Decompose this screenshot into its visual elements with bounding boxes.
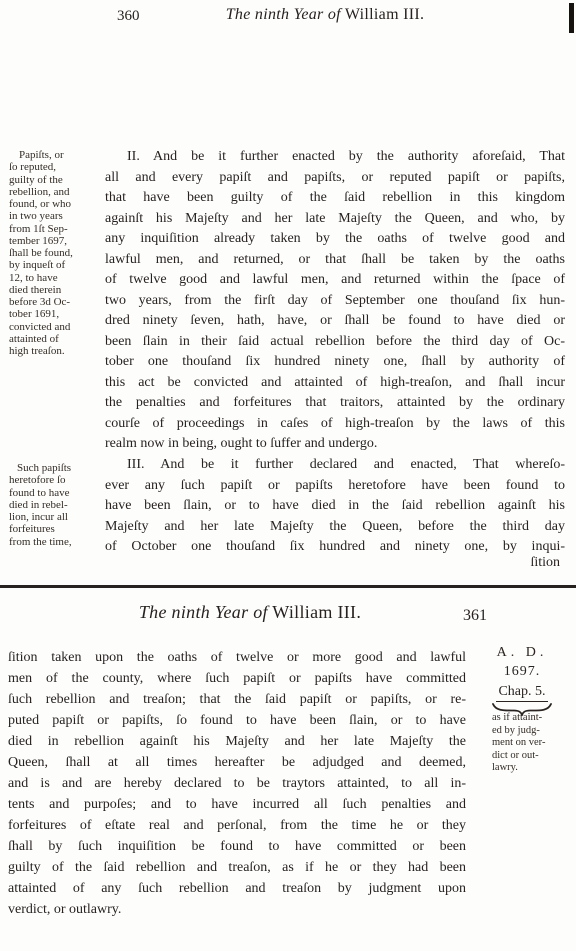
date-ad-line: A. D. [476,645,568,661]
text-line: Papiſts, or [9,149,105,161]
text-line: and is and are hereby declared to be tra… [8,773,466,794]
text-line: ment on ver- [492,737,572,750]
text-line: high treaſon. [9,345,105,357]
running-header-361: The ninth Year of William III. 361 [0,602,576,630]
text-line: as if attaint- [492,712,572,725]
running-title-italic-361: The ninth Year of [139,602,268,622]
date-sidenote: A. D. 1697. Chap. 5. [476,645,568,721]
text-line: men of the county, where ſuch papiſt or … [8,668,466,689]
text-line: attainted of [9,333,105,345]
text-line: tents and purpoſes; and to have incurred… [8,794,466,815]
statute-section-3-text: III. And be it further declared and enac… [105,455,565,558]
text-line: the penalties and forfeitures that trait… [105,393,565,414]
text-line: found, or who [9,198,105,210]
text-line: this act be convicted and attainted of h… [105,373,565,394]
text-line: lawry. [492,762,572,775]
date-chapter-line: Chap. 5. [496,684,547,702]
text-line: found to have [9,487,105,499]
text-line: againſt his Majeſty and her late Majeſty… [105,209,565,230]
text-line: ſhall by ſuch inquiſition be found to ha… [8,836,466,857]
text-line: ſo reputed, [9,161,105,173]
text-line: lion, incur all [9,511,105,523]
text-line: ſuch rebellion and treaſon; that the ſai… [8,689,466,710]
text-line: 12, to have [9,272,105,284]
text-line: dred ninety ſeven, hath, have, or ſhall … [105,311,565,332]
running-title-italic-360: The ninth Year of [226,6,341,23]
text-line: died in rebel- [9,499,105,511]
date-year-line: 1697. [476,664,568,680]
text-line: III. And be it further declared and enac… [105,455,565,476]
running-title-roman-360: William III. [345,6,424,23]
running-title-roman-361: William III. [272,602,361,622]
text-line: have been ſlain, or to have died in the … [105,496,565,517]
text-line: heretofore ſo [9,474,105,486]
text-line: tober 1691, [9,308,105,320]
text-line: Such papiſts [9,462,105,474]
text-line: Majeſty and her late Majeſty the Queen, … [105,517,565,538]
page-number-360: 360 [117,8,140,25]
text-line: guilty of the [9,174,105,186]
text-line: realm now in being, ought to ſuffer and … [105,434,565,455]
text-line: lawful men, and returned, or that ſhall … [105,250,565,271]
page-number-361: 361 [463,607,487,625]
running-title-360: The ninth Year of William III. [180,6,470,24]
margin-note-forfeitures: Such papiſtsheretofore ſofound to havedi… [9,462,105,548]
text-line: ſhall be found, [9,247,105,259]
text-line: convicted and [9,321,105,333]
text-line: guilty of the ſaid rebellion and treaſon… [8,857,466,878]
text-line: attainted of any ſuch rebellion and trea… [8,878,466,899]
text-line: ed by judg- [492,725,572,738]
margin-note-papists-convicted: Papiſts, orſo reputed,guilty of therebel… [9,149,105,357]
text-line: by inqueſt of [9,259,105,271]
text-line: in two years [9,210,105,222]
text-line: died in rebellion againſt his Majeſty an… [8,731,466,752]
running-header-360: 360 The ninth Year of William III. [0,6,576,32]
text-line: verdict, or outlawry. [8,899,466,920]
text-line: ever any ſuch papiſt or papiſts heretofo… [105,476,565,497]
page-separator-rule [0,585,576,588]
running-title-361: The ninth Year of William III. [60,602,440,623]
text-line: dict or out- [492,750,572,763]
text-line: forfeitures [9,523,105,535]
text-line: ſition taken upon the oaths of twelve or… [8,647,466,668]
text-line: rebellion, and [9,186,105,198]
statute-section-2-text: II. And be it further enacted by the aut… [105,147,565,455]
text-line: of twelve good and lawful men, and retur… [105,270,565,291]
text-line: courſe of proceedings in caſes of high-t… [105,414,565,435]
text-line: that have been guilty of the ſaid rebell… [105,188,565,209]
text-line: tober one thouſand ſix hundred ninety on… [105,352,565,373]
text-line: any inquiſition already taken by the oat… [105,229,565,250]
text-line: died therein [9,284,105,296]
text-line: all and every papiſt and papiſts, or rep… [105,168,565,189]
text-line: been ſlain in their ſaid actual rebellio… [105,332,565,353]
text-line: two years, from the firſt day of Septemb… [105,291,565,312]
margin-note-as-if-attainted: as if attaint-ed by judg-ment on ver-dic… [492,712,572,775]
text-line: tember 1697, [9,235,105,247]
catchword-360: ſition [105,555,560,571]
text-line: puted papiſt or papiſts, ſo found to hav… [8,710,466,731]
text-line: II. And be it further enacted by the aut… [105,147,565,168]
text-line: forfeitures of eſtate real and perſonal,… [8,815,466,836]
text-line: from 1ſt Sep- [9,223,105,235]
statute-book-scan: 360 The ninth Year of William III. Papiſ… [0,0,576,951]
statute-body-361: ſition taken upon the oaths of twelve or… [8,647,466,920]
text-line: from the time, [9,536,105,548]
text-line: before 3d Oc- [9,296,105,308]
text-line: Queen, ſhall at all times hereafter be a… [8,752,466,773]
